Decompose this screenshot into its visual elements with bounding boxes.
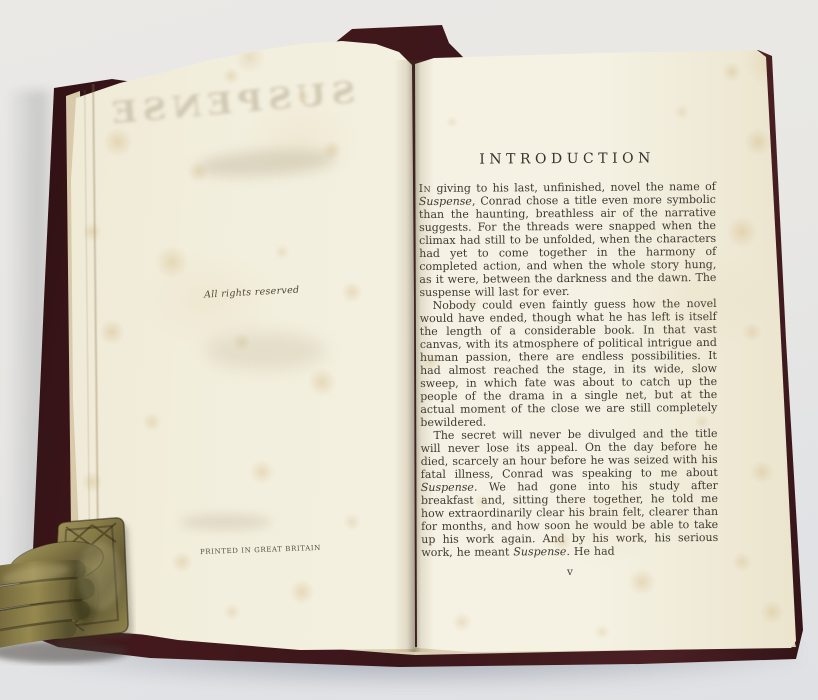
brass-hand-graphic [0, 514, 136, 666]
brass-bookend [0, 514, 136, 666]
photo-backdrop: SUSPENSE All rights reserved PRINTED IN … [0, 0, 818, 700]
page-gutter [394, 60, 434, 652]
